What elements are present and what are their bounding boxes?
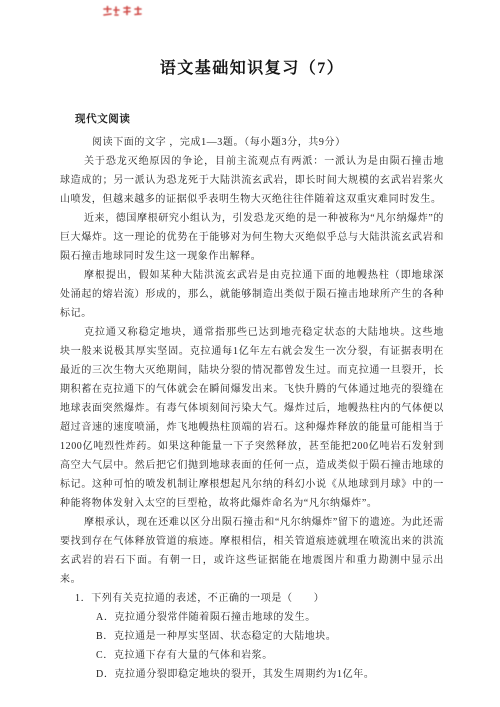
question-option: B．克拉通是一种厚实坚固、状态稳定的大陆地块。	[96, 627, 444, 646]
question-option: A．克拉通分裂常伴随着陨石撞击地球的发生。	[96, 608, 444, 627]
paragraph: 关于恐龙灭绝原因的争论，目前主流观点有两派：一派认为是由陨石撞击地球造成的；另一…	[60, 152, 444, 209]
paragraph: 近来，德国摩根研究小组认为，引发恐龙灭绝的是一种被称为“凡尔纳爆炸”的巨大爆炸。…	[60, 209, 444, 266]
paragraph: 克拉通又称稳定地块，通常指那些已达到地壳稳定状态的大陆地块。这些地块一般来说极其…	[60, 323, 444, 513]
question-block: 1．下列有关克拉通的表述，不正确的一项是（ ） A．克拉通分裂常伴随着陨石撞击地…	[60, 589, 444, 684]
question-option: C．克拉通下存有大量的气体和岩浆。	[96, 646, 444, 665]
paragraph: 摩根提出，假如某种大陆洪流玄武岩是由克拉通下面的地幔热柱（即地球深处涌起的熔岩流…	[60, 266, 444, 323]
document-page: 语文基础知识复习（7） 现代文阅读 阅读下面的文字 ，完成1—3题。（每小题3分…	[0, 0, 500, 707]
passage-section: 现代文阅读 阅读下面的文字 ，完成1—3题。（每小题3分，共9分） 关于恐龙灭绝…	[60, 110, 444, 589]
paragraph: 摩根承认，现在还难以区分出陨石撞击和“凡尔纳爆炸”留下的遗迹。为此还需要找到存在…	[60, 513, 444, 589]
reading-instructions: 阅读下面的文字 ，完成1—3题。（每小题3分，共9分）	[60, 133, 444, 152]
question-option: D．克拉通分裂即稳定地块的裂开，其发生周期约为1亿年。	[96, 665, 444, 684]
red-stamp-mark-icon	[102, 5, 150, 19]
question-stem: 1．下列有关克拉通的表述，不正确的一项是（ ）	[75, 589, 444, 608]
section-heading: 现代文阅读	[75, 110, 444, 129]
option-list: A．克拉通分裂常伴随着陨石撞击地球的发生。B．克拉通是一种厚实坚固、状态稳定的大…	[60, 608, 444, 684]
paragraph-list: 关于恐龙灭绝原因的争论，目前主流观点有两派：一派认为是由陨石撞击地球造成的；另一…	[60, 152, 444, 589]
